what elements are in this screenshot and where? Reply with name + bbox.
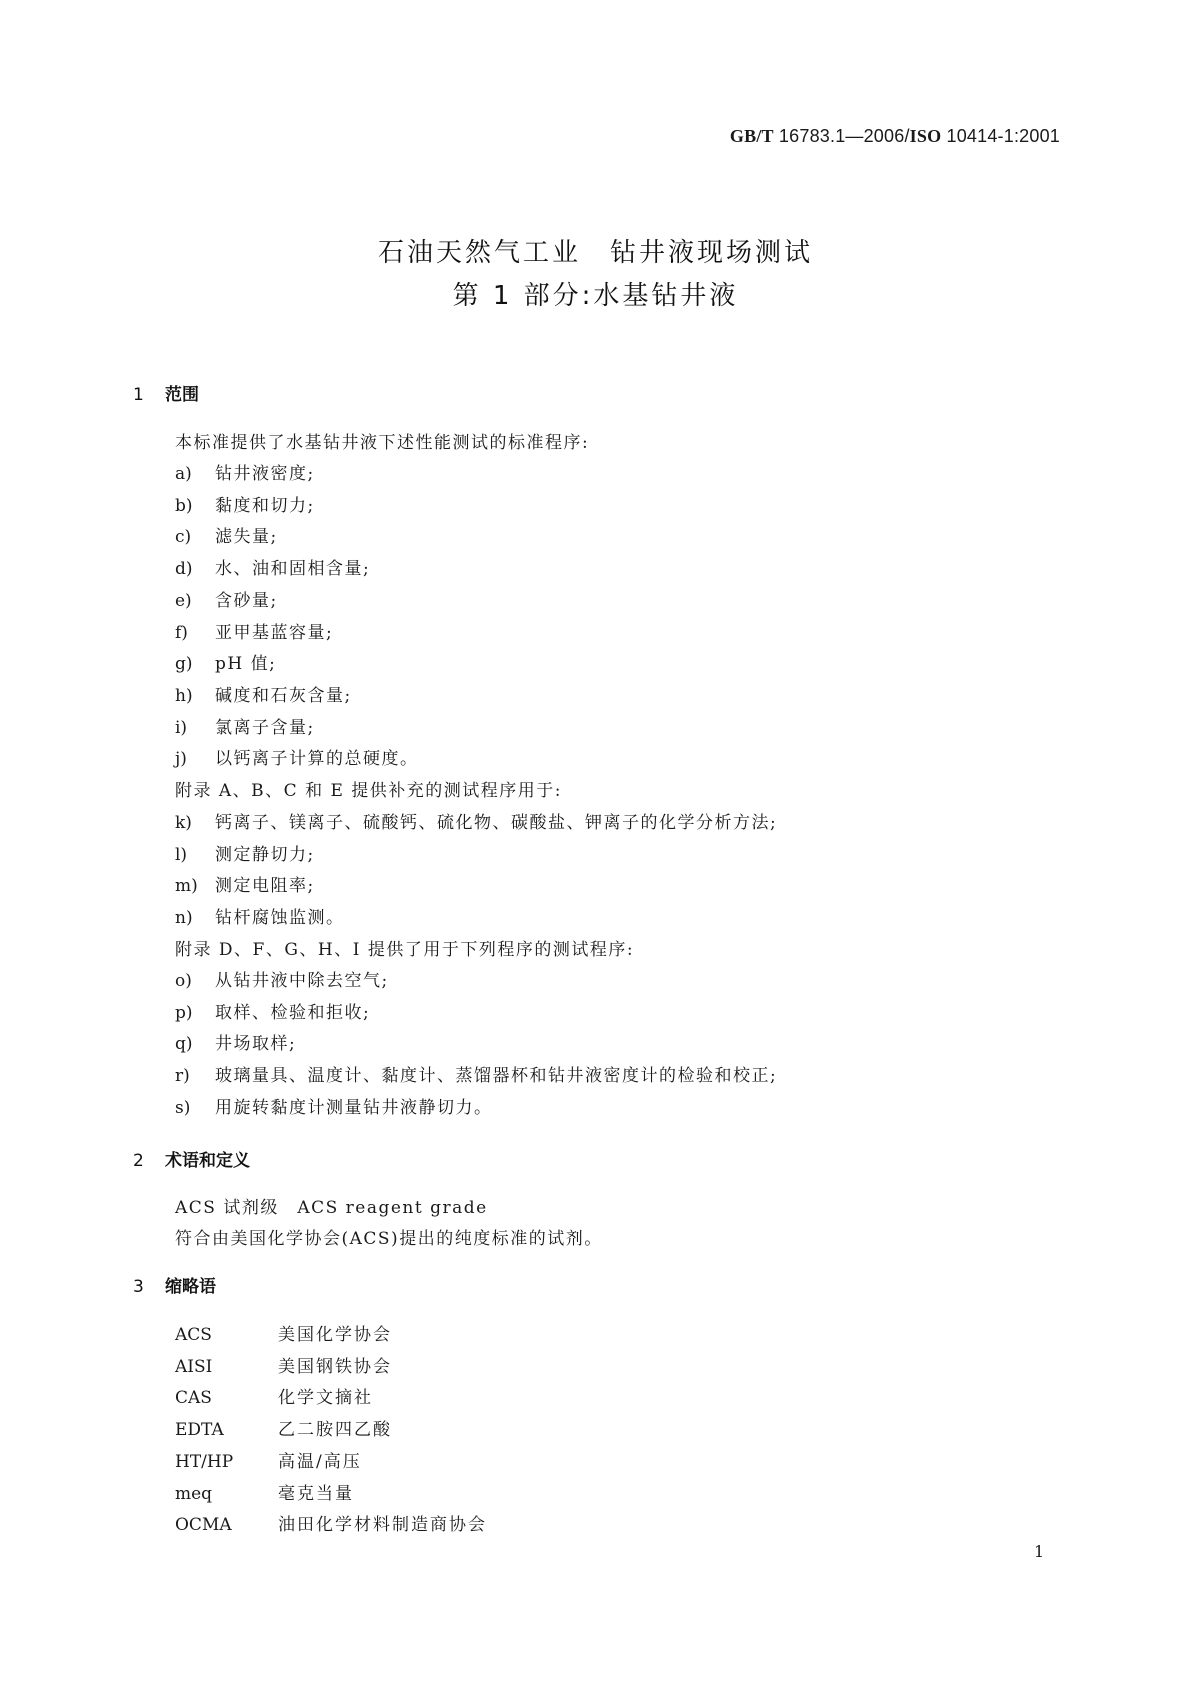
section-heading-scope: 1范围 <box>133 380 199 405</box>
list-item-text: 以钙离子计算的总硬度。 <box>215 749 419 769</box>
abbreviation-row: CAS化学文摘社 <box>175 1383 373 1408</box>
list-item-label: p) <box>175 1003 215 1023</box>
list-item-label: h) <box>175 686 215 706</box>
list-item-text: 测定电阻率; <box>215 876 315 896</box>
list-item-label: j) <box>175 749 215 769</box>
annex-intro-1: 附录 A、B、C 和 E 提供补充的测试程序用于: <box>175 776 562 801</box>
abbreviation: OCMA <box>175 1515 278 1535</box>
list-item: g)pH 值; <box>175 649 276 674</box>
list-item: s)用旋转黏度计测量钻井液静切力。 <box>175 1093 493 1118</box>
abbreviation-row: meq毫克当量 <box>175 1479 354 1504</box>
list-item: p)取样、检验和拒收; <box>175 998 370 1023</box>
list-item-text: 亚甲基蓝容量; <box>215 623 333 643</box>
list-item-text: 水、油和固相含量; <box>215 559 370 579</box>
list-item-text: 氯离子含量; <box>215 718 315 738</box>
page-number: 1 <box>1034 1542 1044 1561</box>
list-item: q)井场取样; <box>175 1029 296 1054</box>
list-item-label: q) <box>175 1034 215 1054</box>
abbreviation: HT/HP <box>175 1452 278 1472</box>
list-item: c)滤失量; <box>175 522 278 547</box>
abbreviation: AISI <box>175 1357 278 1377</box>
list-item-label: o) <box>175 971 215 991</box>
list-item-label: d) <box>175 559 215 579</box>
list-item-label: s) <box>175 1098 215 1118</box>
list-item-label: k) <box>175 813 215 833</box>
scope-intro: 本标准提供了水基钻井液下述性能测试的标准程序: <box>175 428 589 453</box>
list-item: r)玻璃量具、温度计、黏度计、蒸馏器杯和钻井液密度计的检验和校正; <box>175 1061 777 1086</box>
document-title-line2: 第 1 部分:水基钻井液 <box>0 275 1191 312</box>
list-item-text: 从钻井液中除去空气; <box>215 971 389 991</box>
list-item-label: m) <box>175 876 215 896</box>
section-title: 缩略语 <box>165 1277 216 1297</box>
list-item-text: 测定静切力; <box>215 845 315 865</box>
document-title-line1: 石油天然气工业 钻井液现场测试 <box>0 232 1191 269</box>
list-item-text: 钙离子、镁离子、硫酸钙、硫化物、碳酸盐、钾离子的化学分析方法; <box>215 813 777 833</box>
standard-code: GB/T 16783.1—2006/ISO 10414-1:2001 <box>730 126 1060 147</box>
section-heading-terms: 2术语和定义 <box>133 1146 250 1171</box>
abbreviation-definition: 美国化学协会 <box>278 1325 392 1345</box>
abbreviation: CAS <box>175 1388 278 1408</box>
section-title: 术语和定义 <box>165 1151 250 1171</box>
list-item: d)水、油和固相含量; <box>175 554 370 579</box>
list-item-label: r) <box>175 1066 215 1086</box>
list-item-text: 黏度和切力; <box>215 496 315 516</box>
iso-prefix: ISO <box>910 126 942 146</box>
list-item-label: f) <box>175 623 215 643</box>
term-entry: ACS 试剂级 ACS reagent grade <box>175 1193 488 1218</box>
list-item-text: pH 值; <box>215 654 276 674</box>
list-item-text: 滤失量; <box>215 527 278 547</box>
list-item: b)黏度和切力; <box>175 491 315 516</box>
list-item: m)测定电阻率; <box>175 871 315 896</box>
abbreviation: ACS <box>175 1325 278 1345</box>
list-item-text: 钻井液密度; <box>215 464 315 484</box>
list-item-label: a) <box>175 464 215 484</box>
iso-number: 10414-1:2001 <box>941 126 1060 146</box>
abbreviation: EDTA <box>175 1420 278 1440</box>
list-item-text: 碱度和石灰含量; <box>215 686 352 706</box>
standard-prefix: GB/T <box>730 126 774 146</box>
list-item: k)钙离子、镁离子、硫酸钙、硫化物、碳酸盐、钾离子的化学分析方法; <box>175 808 777 833</box>
abbreviation-row: EDTA乙二胺四乙酸 <box>175 1415 392 1440</box>
section-title: 范围 <box>165 385 199 405</box>
list-item-label: b) <box>175 496 215 516</box>
list-item: n)钻杆腐蚀监测。 <box>175 903 345 928</box>
annex-intro-2: 附录 D、F、G、H、I 提供了用于下列程序的测试程序: <box>175 935 634 960</box>
term-definition: 符合由美国化学协会(ACS)提出的纯度标准的试剂。 <box>175 1224 603 1249</box>
list-item-text: 玻璃量具、温度计、黏度计、蒸馏器杯和钻井液密度计的检验和校正; <box>215 1066 777 1086</box>
list-item-text: 取样、检验和拒收; <box>215 1003 370 1023</box>
list-item-text: 井场取样; <box>215 1034 296 1054</box>
abbreviation-definition: 毫克当量 <box>278 1484 354 1504</box>
list-item-text: 用旋转黏度计测量钻井液静切力。 <box>215 1098 493 1118</box>
abbreviation: meq <box>175 1484 278 1504</box>
standard-number: 16783.1—2006/ <box>774 126 910 146</box>
list-item: j)以钙离子计算的总硬度。 <box>175 744 419 769</box>
list-item-label: c) <box>175 527 215 547</box>
list-item: h)碱度和石灰含量; <box>175 681 352 706</box>
list-item-text: 含砂量; <box>215 591 278 611</box>
list-item: o)从钻井液中除去空气; <box>175 966 389 991</box>
abbreviation-definition: 美国钢铁协会 <box>278 1357 392 1377</box>
list-item-label: i) <box>175 718 215 738</box>
section-heading-abbreviations: 3缩略语 <box>133 1272 216 1297</box>
abbreviation-row: ACS美国化学协会 <box>175 1320 392 1345</box>
abbreviation-definition: 化学文摘社 <box>278 1388 373 1408</box>
list-item-label: e) <box>175 591 215 611</box>
list-item: a)钻井液密度; <box>175 459 315 484</box>
abbreviation-definition: 油田化学材料制造商协会 <box>278 1515 487 1535</box>
section-number: 3 <box>133 1277 165 1297</box>
abbreviation-row: HT/HP高温/高压 <box>175 1447 362 1472</box>
section-number: 1 <box>133 385 165 405</box>
list-item-label: n) <box>175 908 215 928</box>
abbreviation-row: OCMA油田化学材料制造商协会 <box>175 1510 487 1535</box>
section-number: 2 <box>133 1151 165 1171</box>
list-item-label: l) <box>175 845 215 865</box>
list-item-label: g) <box>175 654 215 674</box>
abbreviation-row: AISI美国钢铁协会 <box>175 1352 392 1377</box>
list-item: e)含砂量; <box>175 586 278 611</box>
list-item: f)亚甲基蓝容量; <box>175 618 333 643</box>
list-item: l)测定静切力; <box>175 840 315 865</box>
abbreviation-definition: 高温/高压 <box>278 1452 362 1472</box>
list-item-text: 钻杆腐蚀监测。 <box>215 908 345 928</box>
list-item: i)氯离子含量; <box>175 713 315 738</box>
abbreviation-definition: 乙二胺四乙酸 <box>278 1420 392 1440</box>
